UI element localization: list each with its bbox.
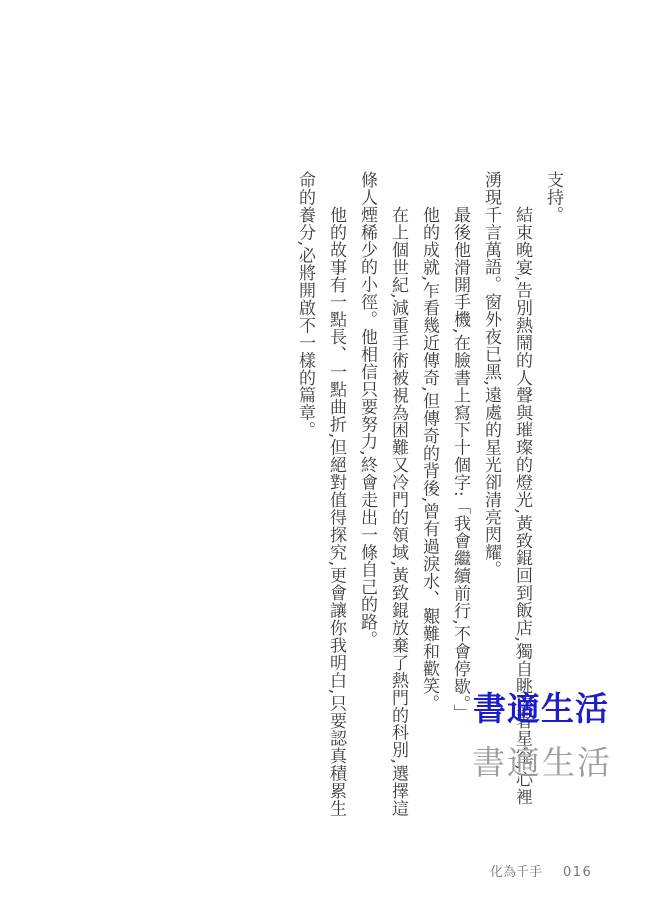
page-number: 016 [563,865,592,880]
paragraph: 他的故事有一點長、一點曲折,但絕對值得探究,更會讓你我明白,只要認真積累生命的養… [289,171,351,817]
paragraph-previous-tail: 支持。 [537,171,568,817]
paragraph: 最後他滑開手機,在臉書上寫下十個字:「我會繼續前行,不會停歇。」 [444,171,475,817]
paragraph: 在上個世紀,減重手術被視為困難又冷門的領域,黃致錕放棄了熱門的科別,選擇這條人煙… [351,171,413,817]
book-page: 支持。 結束晚宴,告別熱鬧的人聲與璀璨的燈光,黃致錕回到飯店,獨自眺望著星空,心… [0,0,652,916]
page-footer: 化為千手 016 [490,861,592,880]
book-title: 化為千手 [490,861,542,880]
body-text: 支持。 結束晚宴,告別熱鬧的人聲與璀璨的燈光,黃致錕回到飯店,獨自眺望著星空,心… [289,171,568,817]
paragraph: 他的成就,乍看幾近傳奇,但傳奇的背後,曾有過淚水、艱難和歡笑。 [413,171,444,817]
paragraph: 結束晚宴,告別熱鬧的人聲與璀璨的燈光,黃致錕回到飯店,獨自眺望著星空,心裡湧現千… [475,171,537,817]
